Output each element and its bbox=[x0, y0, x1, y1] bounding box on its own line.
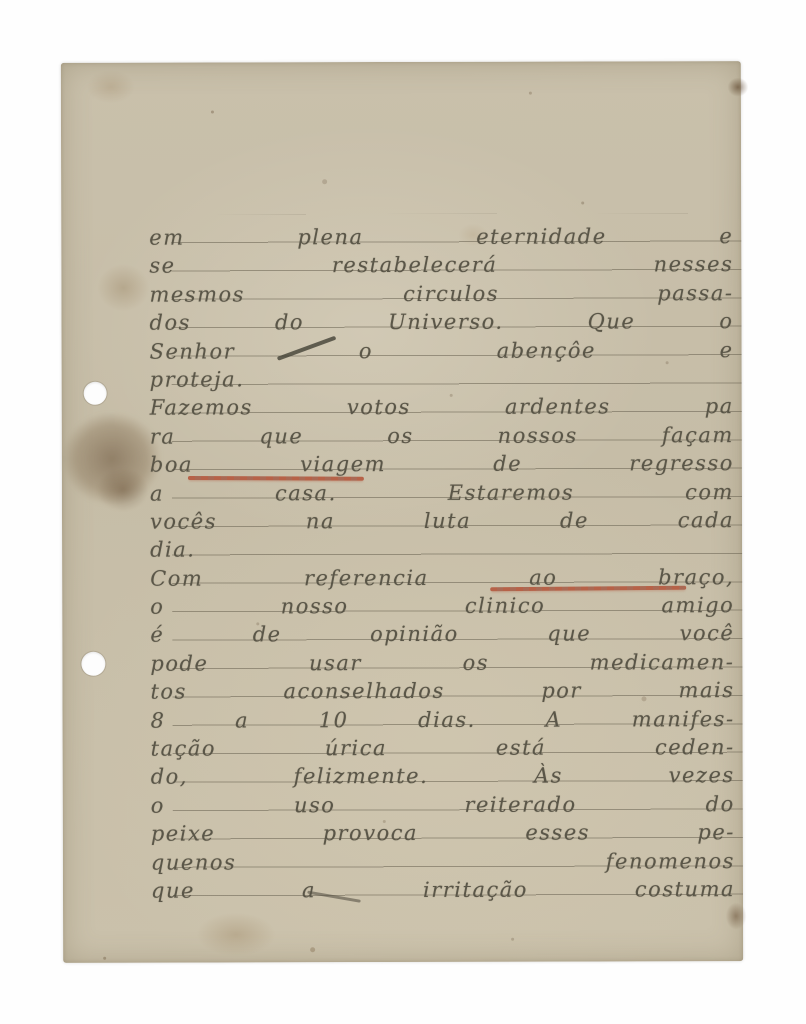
handwriting-line: a casa. Estaremos com bbox=[150, 469, 734, 499]
handwriting-line: ra que os nossos façam bbox=[150, 412, 734, 442]
handwriting-line: Fazemos votos ardentes pa bbox=[150, 383, 734, 413]
handwriting-line: tação úrica está ceden- bbox=[151, 724, 735, 754]
handwriting-line: boa viagem de regresso bbox=[150, 440, 734, 470]
stain bbox=[723, 899, 749, 933]
letter-page: em plena eternidade e se restabelecerá n… bbox=[61, 61, 743, 963]
stain bbox=[725, 75, 751, 99]
handwriting-line: em plena eternidade e bbox=[149, 213, 733, 243]
handwriting-line: Com referencia ao braço, bbox=[150, 554, 734, 584]
handwriting-line: se restabelecerá nesses bbox=[149, 242, 733, 272]
handwriting-line: 8 a 10 dias. A manifes- bbox=[150, 696, 734, 726]
stain bbox=[79, 65, 143, 109]
handwriting-line: vocês na luta de cada bbox=[150, 497, 734, 527]
punch-hole-bottom bbox=[81, 652, 105, 676]
handwriting-line: quenos fenomenos bbox=[151, 838, 735, 868]
handwriting-line: dos do Universo. Que o bbox=[149, 298, 733, 328]
handwriting-line: do, felizmente. Às vezes bbox=[151, 753, 735, 783]
stain bbox=[88, 461, 158, 519]
handwriting-line: Senhor o abençôe e bbox=[150, 327, 734, 357]
handwriting-line: tos aconselhados por mais bbox=[150, 667, 734, 697]
handwriting-line: que a irritação costuma bbox=[151, 866, 735, 896]
handwriting-line: é de opinião que você bbox=[150, 611, 734, 641]
handwriting-line: peixe provoca esses pe- bbox=[151, 809, 735, 839]
handwritten-text-block: em plena eternidade e se restabelecerá n… bbox=[149, 213, 735, 896]
handwriting-line: mesmos circulos passa- bbox=[149, 270, 733, 300]
paper-speckles bbox=[61, 63, 64, 66]
handwriting-line: pode usar os medicamen- bbox=[150, 639, 734, 669]
punch-hole-top bbox=[84, 382, 107, 405]
stain bbox=[181, 904, 291, 964]
red-underline-boa-viagem bbox=[188, 476, 364, 481]
handwriting-line: o uso reiterado do bbox=[151, 781, 735, 811]
